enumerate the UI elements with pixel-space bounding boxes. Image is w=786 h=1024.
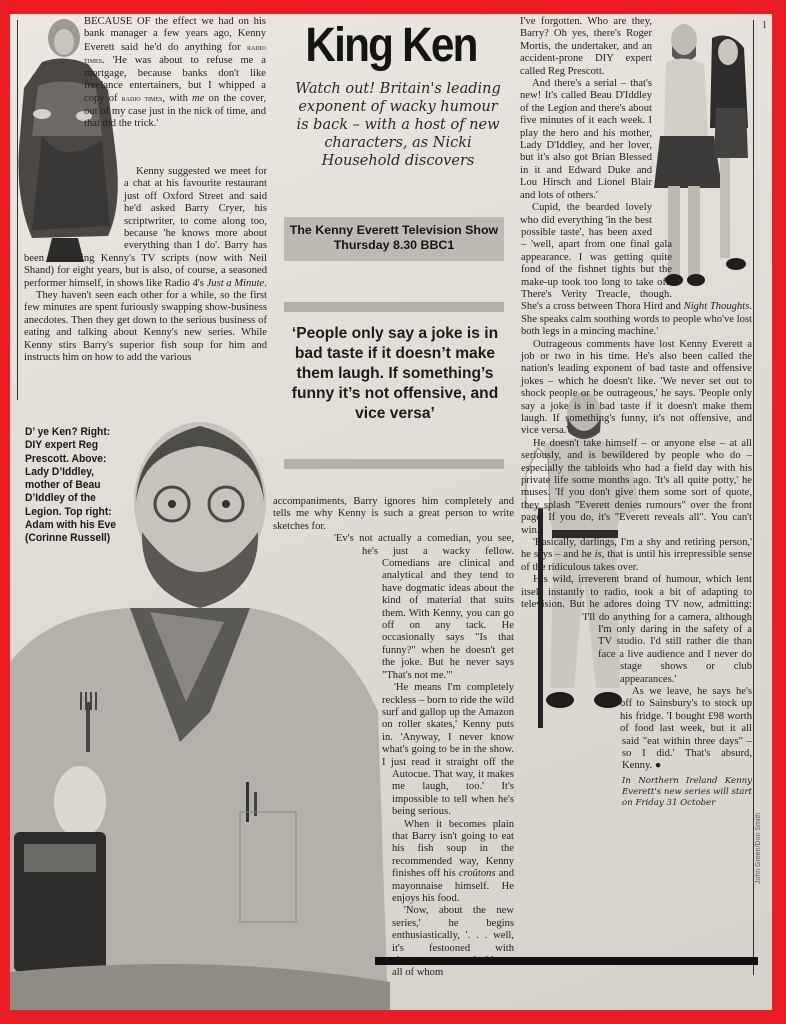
article-column-3: I've forgotten. Who are they, Barry? Oh … — [520, 16, 752, 934]
bottom-rule — [375, 957, 758, 965]
page-number: 1 — [762, 20, 767, 31]
standfirst: Watch out! Britain's leading exponent of… — [292, 80, 504, 170]
end-mark-icon: ● — [655, 760, 661, 771]
pull-quote-bar-top — [284, 302, 504, 312]
tv-listing-box: The Kenny Everett Television Show Thursd… — [284, 217, 504, 261]
pull-quote-bar-bottom — [284, 459, 504, 469]
article-column-1-top: BECAUSE OF the effect we had on his bank… — [84, 16, 266, 131]
article-column-2: accompaniments, Barry ignores him comple… — [272, 496, 514, 980]
listing-show-title: The Kenny Everett Television Show — [284, 223, 504, 238]
headline: King Ken — [293, 18, 488, 74]
listing-time-channel: Thursday 8.30 BBC1 — [284, 238, 504, 253]
magazine-page: 1 BECAUSE OF the effect we had on his ba… — [10, 14, 772, 1010]
pull-quote: ‘People only say a joke is in bad taste … — [286, 324, 504, 424]
article-column-1: Kenny suggested we meet for a chat at hi… — [24, 166, 267, 365]
photo-credit: John Green/Don Smith — [755, 813, 762, 884]
